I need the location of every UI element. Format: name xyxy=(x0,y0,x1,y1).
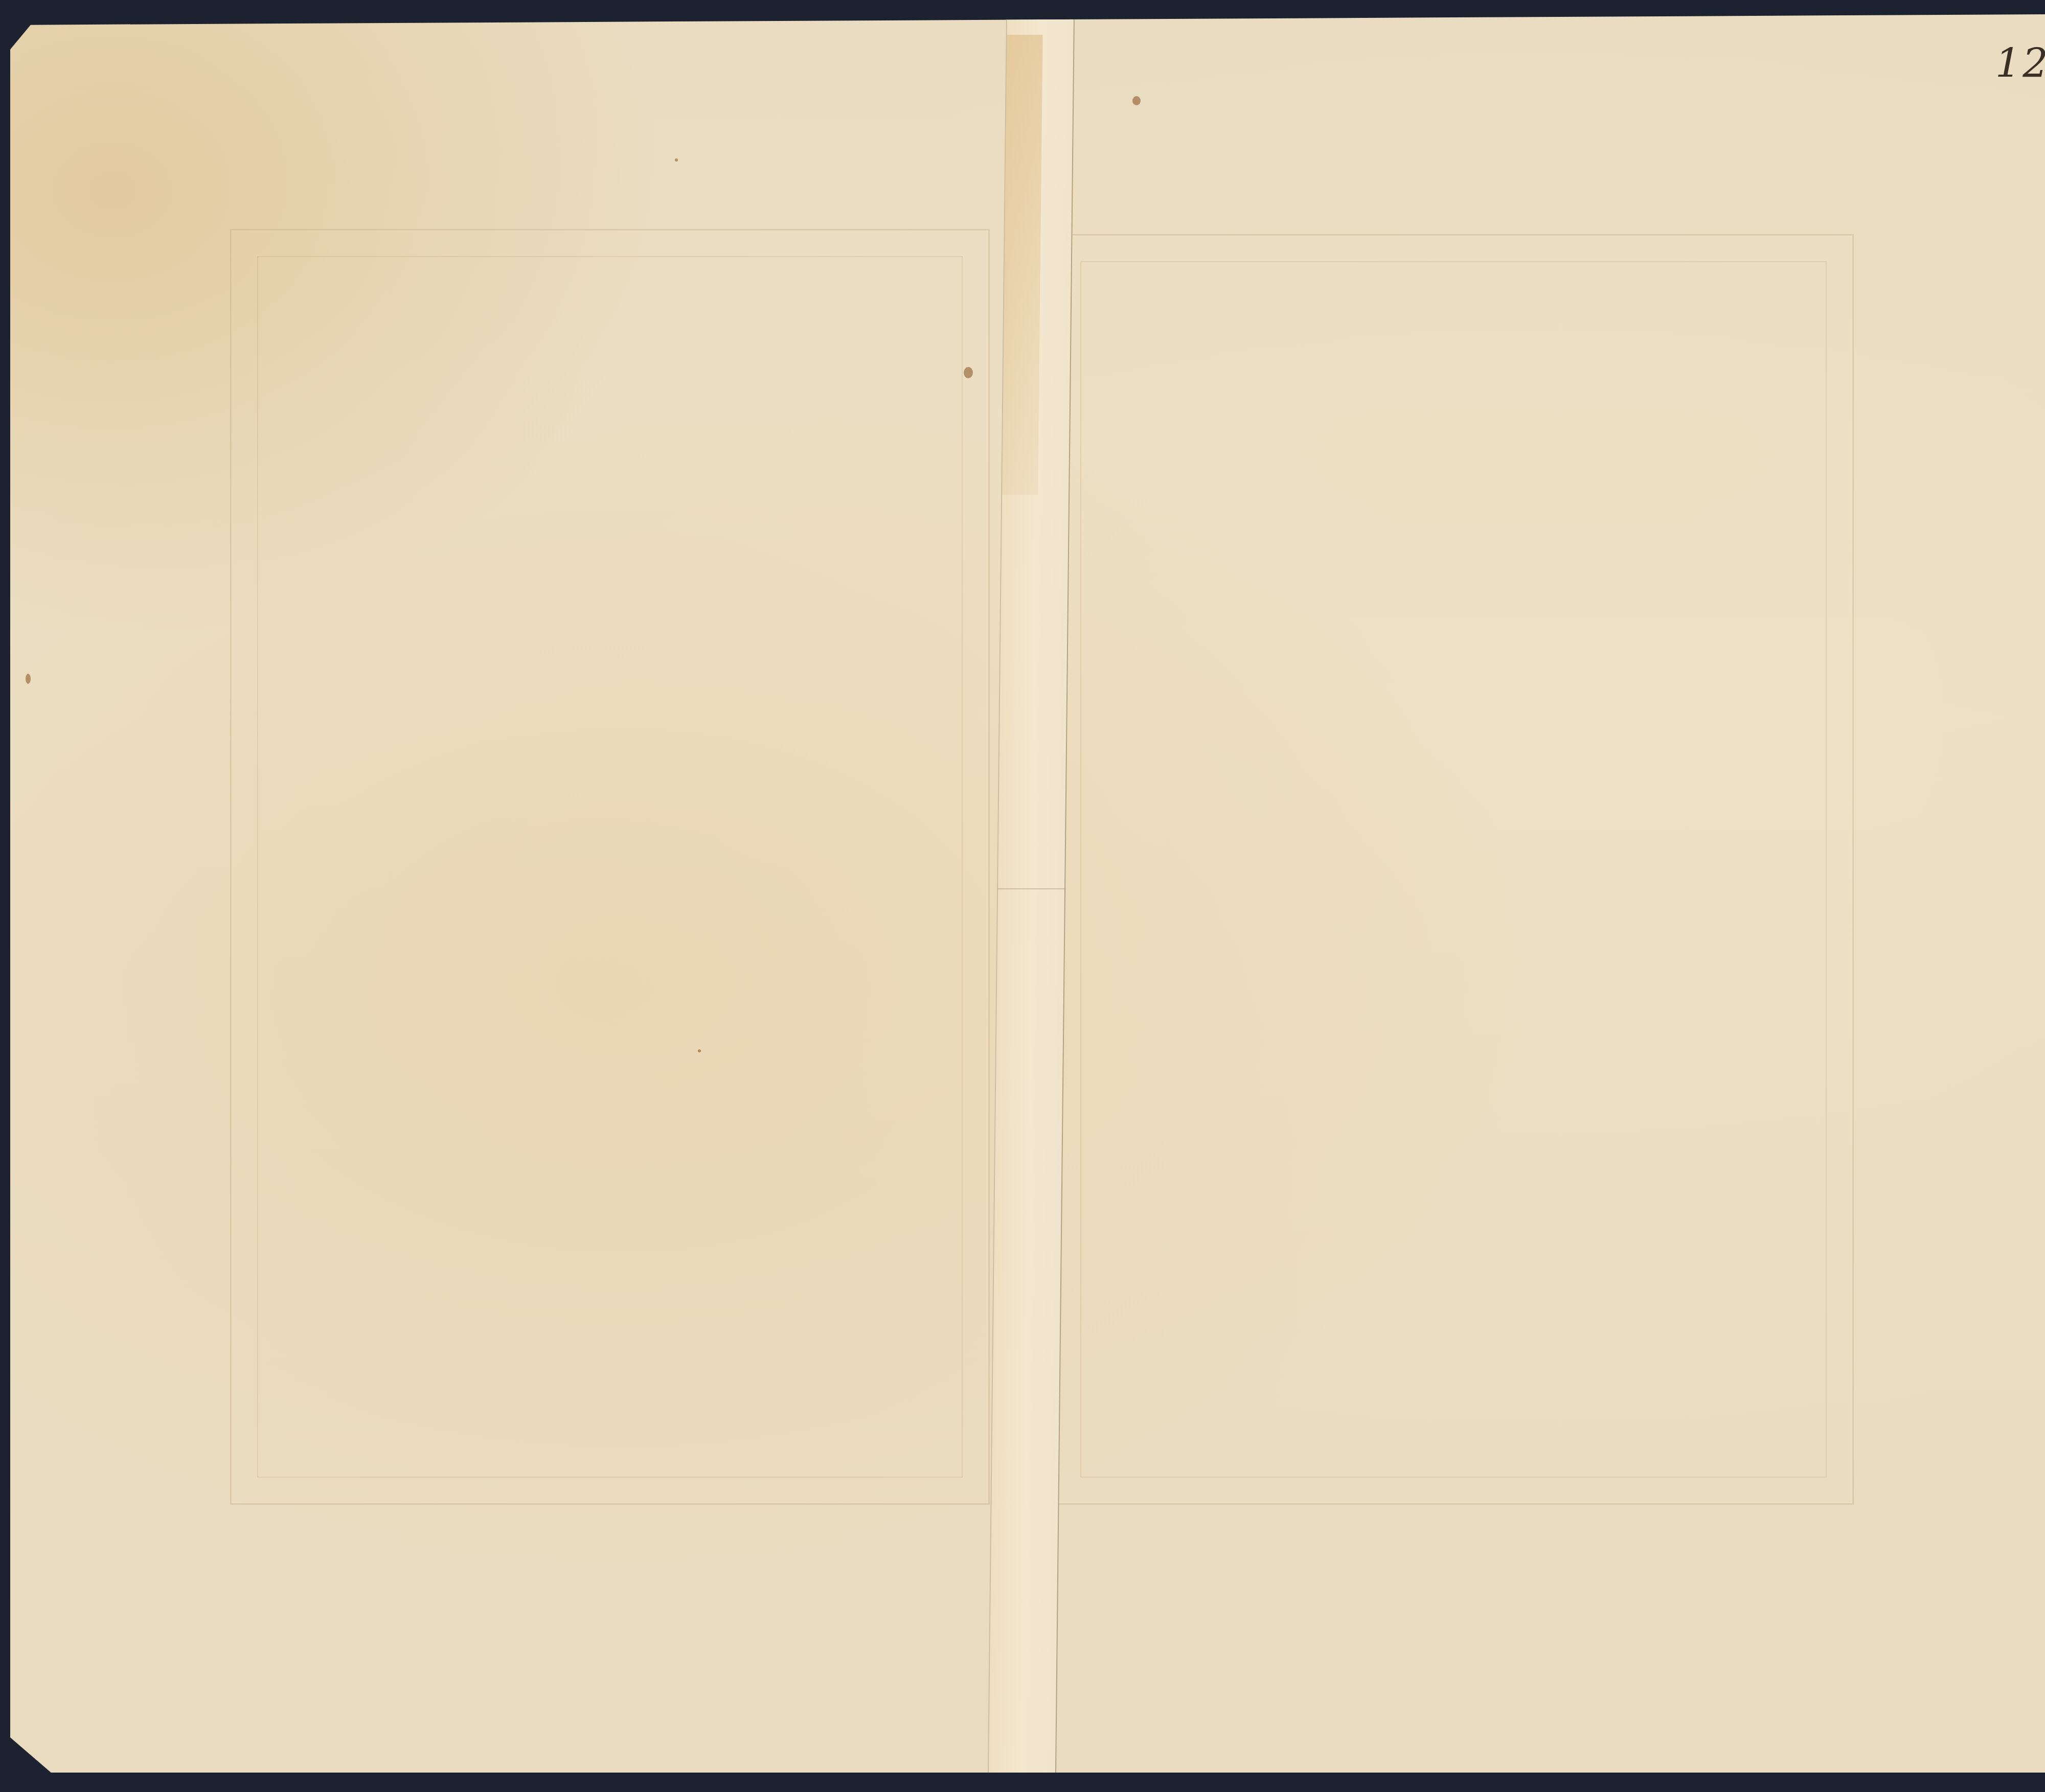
foxing-spot xyxy=(675,158,678,162)
hinge-seam xyxy=(998,888,1064,889)
plate-border-right xyxy=(1080,261,1827,1478)
foxing-spot xyxy=(698,1049,701,1052)
plate-mark-right xyxy=(1053,234,1854,1505)
handwritten-page-number: 12 xyxy=(1995,41,2045,87)
hinge-stain xyxy=(1002,35,1042,495)
foxing-spot xyxy=(964,367,973,378)
plate-border-left xyxy=(257,256,963,1478)
paper-sheet: 12 xyxy=(10,14,2045,1773)
foxing-spot xyxy=(26,674,31,684)
plate-mark-left xyxy=(230,229,990,1505)
foxing-spot xyxy=(1132,96,1141,105)
center-hinge-strip xyxy=(988,14,1075,1773)
